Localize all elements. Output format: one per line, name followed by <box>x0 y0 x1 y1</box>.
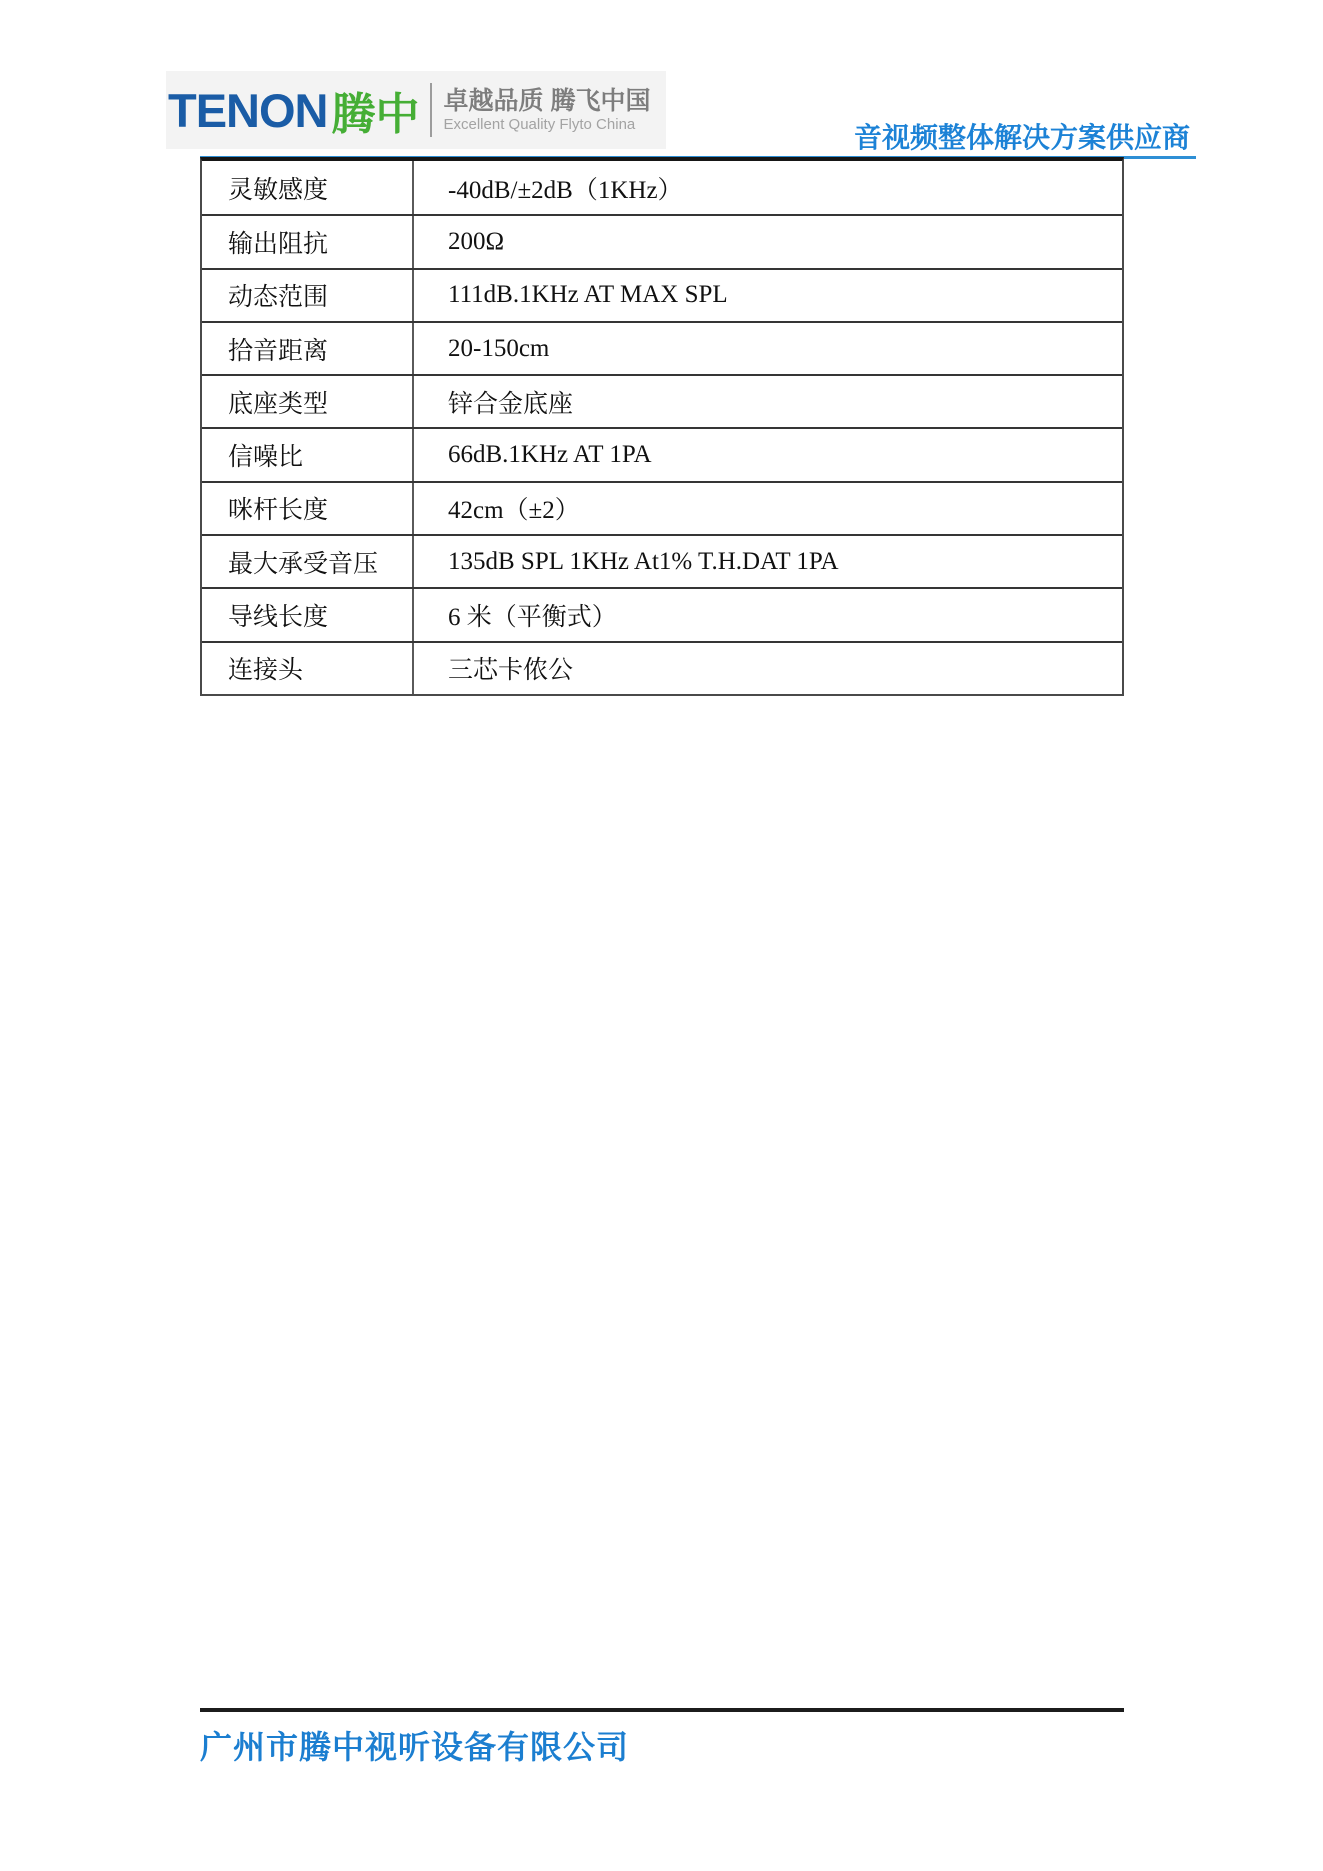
spec-label-cell: 连接头 <box>202 643 414 694</box>
footer-rule <box>200 1708 1124 1712</box>
spec-value-cell: 6 米（平衡式） <box>414 589 1122 640</box>
spec-label-cell: 动态范围 <box>202 270 414 321</box>
logo-tagline-en: Excellent Quality Flyto China <box>444 116 651 133</box>
spec-table-row: 咪杆长度 42cm（±2） <box>202 481 1122 534</box>
spec-label-cell: 灵敏感度 <box>202 161 414 214</box>
tenon-logo: TENON 腾中 卓越品质 腾飞中国 Excellent Quality Fly… <box>166 71 666 149</box>
spec-label-cell: 咪杆长度 <box>202 483 414 534</box>
spec-table-row: 动态范围 111dB.1KHz AT MAX SPL <box>202 268 1122 321</box>
spec-label-cell: 导线长度 <box>202 589 414 640</box>
logo-brand-cn: 腾中 <box>332 78 420 142</box>
spec-table-row: 拾音距离 20-150cm <box>202 321 1122 374</box>
spec-table-row: 底座类型 锌合金底座 <box>202 374 1122 427</box>
spec-value-cell: 135dB SPL 1KHz At1% T.H.DAT 1PA <box>414 536 1122 587</box>
spec-value-cell: 42cm（±2） <box>414 483 1122 534</box>
spec-value-cell: -40dB/±2dB（1KHz） <box>414 161 1122 214</box>
spec-value-cell: 200Ω <box>414 216 1122 267</box>
spec-label-cell: 拾音距离 <box>202 323 414 374</box>
logo-taglines: 卓越品质 腾飞中国 Excellent Quality Flyto China <box>444 87 651 133</box>
spec-table: 灵敏感度 -40dB/±2dB（1KHz） 输出阻抗 200Ω 动态范围 111… <box>200 157 1124 696</box>
header-slogan: 音视频整体解决方案供应商 <box>854 116 1190 156</box>
spec-label-cell: 输出阻抗 <box>202 216 414 267</box>
spec-value-cell: 111dB.1KHz AT MAX SPL <box>414 270 1122 321</box>
spec-value-cell: 66dB.1KHz AT 1PA <box>414 429 1122 480</box>
spec-table-row: 最大承受音压 135dB SPL 1KHz At1% T.H.DAT 1PA <box>202 534 1122 587</box>
document-page: TENON 腾中 卓越品质 腾飞中国 Excellent Quality Fly… <box>0 0 1323 1871</box>
spec-value-cell: 锌合金底座 <box>414 376 1122 427</box>
spec-value-cell: 三芯卡侬公 <box>414 643 1122 694</box>
footer-company-name: 广州市腾中视听设备有限公司 <box>200 1722 629 1768</box>
spec-table-row: 信噪比 66dB.1KHz AT 1PA <box>202 427 1122 480</box>
logo-divider <box>430 83 432 137</box>
spec-label-cell: 最大承受音压 <box>202 536 414 587</box>
spec-label-cell: 底座类型 <box>202 376 414 427</box>
logo-tagline-cn: 卓越品质 腾飞中国 <box>444 87 651 116</box>
logo-brand-en: TENON <box>168 83 328 138</box>
spec-value-cell: 20-150cm <box>414 323 1122 374</box>
spec-table-row: 灵敏感度 -40dB/±2dB（1KHz） <box>202 161 1122 214</box>
spec-table-row: 连接头 三芯卡侬公 <box>202 641 1122 694</box>
spec-table-row: 输出阻抗 200Ω <box>202 214 1122 267</box>
spec-table-row: 导线长度 6 米（平衡式） <box>202 587 1122 640</box>
spec-label-cell: 信噪比 <box>202 429 414 480</box>
